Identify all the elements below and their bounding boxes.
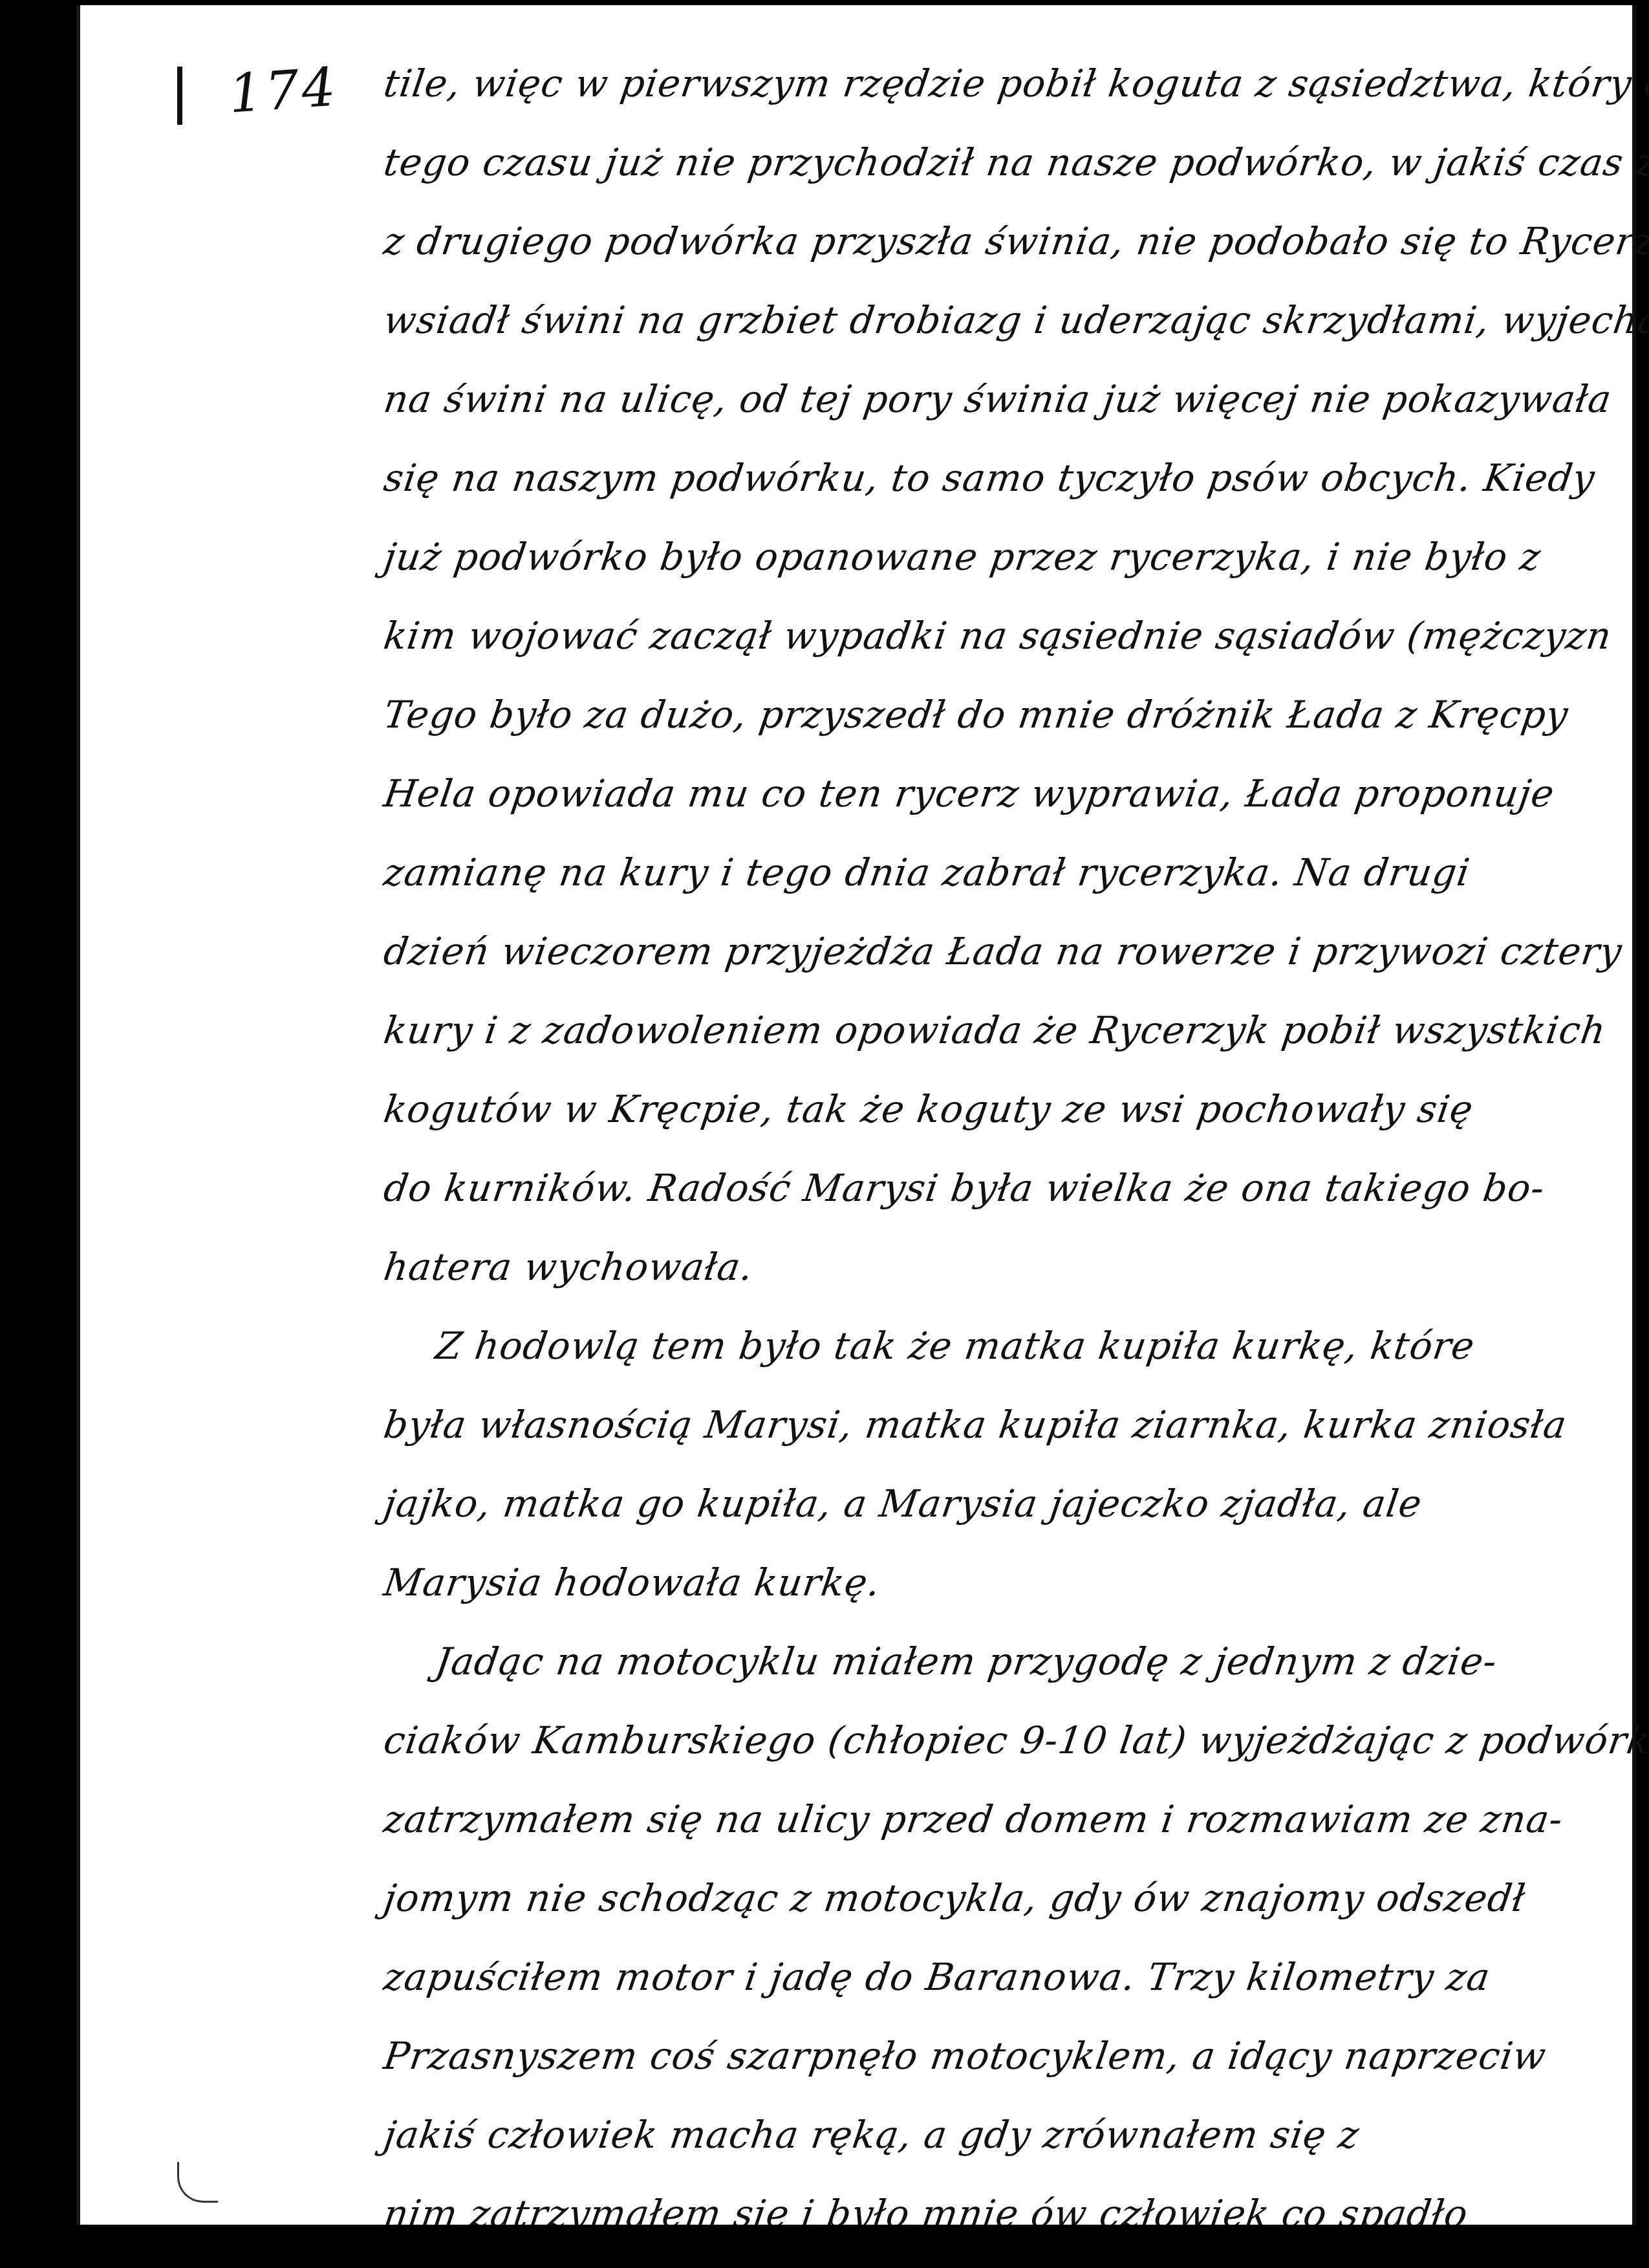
text-line: tile, więc w pierwszym rzędzie pobił kog… — [378, 44, 1649, 123]
scan-border-top — [0, 0, 1649, 5]
text-line: zatrzymałem się na ulicy przed domem i r… — [378, 1780, 1649, 1859]
text-line: kury i z zadowoleniem opowiada że Rycerz… — [378, 991, 1649, 1070]
text-line: na świni na ulicę, od tej pory świnia ju… — [378, 360, 1649, 438]
manuscript-page: 174 tile, więc w pierwszym rzędzie pobił… — [76, 5, 1636, 2225]
page-number: 174 — [227, 56, 340, 125]
text-line: była własnością Marysi, matka kupiła zia… — [378, 1385, 1649, 1464]
text-line: Z hodowlą tem było tak że matka kupiła k… — [378, 1306, 1649, 1385]
text-line: zamianę na kury i tego dnia zabrał rycer… — [378, 833, 1649, 912]
text-line: zapuściłem motor i jadę do Baranowa. Trz… — [378, 1938, 1649, 2016]
text-line: ciaków Kamburskiego (chłopiec 9-10 lat) … — [378, 1701, 1649, 1780]
text-line: Tego było za dużo, przyszedł do mnie dró… — [378, 675, 1649, 754]
handwritten-text-block: tile, więc w pierwszym rzędzie pobił kog… — [384, 44, 1649, 2253]
text-line: Jadąc na motocyklu miałem przygodę z jed… — [378, 1622, 1649, 1701]
text-line: do kurników. Radość Marysi była wielka ż… — [378, 1149, 1649, 1227]
text-line: wsiadł świni na grzbiet drobiazg i uderz… — [378, 281, 1649, 360]
text-line: jomym nie schodząc z motocykla, gdy ów z… — [378, 1859, 1649, 1938]
text-line: kim wojować zaczął wypadki na sąsiednie … — [378, 596, 1649, 675]
text-line: się na naszym podwórku, to samo tyczyło … — [378, 438, 1649, 517]
text-line: tego czasu już nie przychodził na nasze … — [378, 123, 1649, 202]
text-line: dzień wieczorem przyjeżdża Łada na rower… — [378, 912, 1649, 991]
text-line: jajko, matka go kupiła, a Marysia jajecz… — [378, 1464, 1649, 1543]
scan-border-bottom — [0, 2225, 1649, 2268]
text-line: Marysia hodowała kurkę. — [378, 1543, 1649, 1622]
text-line: z drugiego podwórka przyszła świnia, nie… — [378, 202, 1649, 281]
text-line: Przasnyszem coś szarpnęło motocyklem, a … — [378, 2016, 1649, 2095]
text-line: hatera wychowała. — [378, 1227, 1649, 1306]
scan-border-left — [0, 0, 74, 2268]
text-line: Hela opowiada mu co ten rycerz wyprawia,… — [378, 754, 1649, 833]
text-line: kogutów w Kręcpie, tak że koguty ze wsi … — [378, 1070, 1649, 1149]
page-corner-curl — [177, 2162, 218, 2203]
binding-mark — [177, 67, 182, 125]
text-line: jakiś człowiek macha ręką, a gdy zrównał… — [378, 2095, 1649, 2174]
text-line: już podwórko było opanowane przez rycerz… — [378, 517, 1649, 596]
